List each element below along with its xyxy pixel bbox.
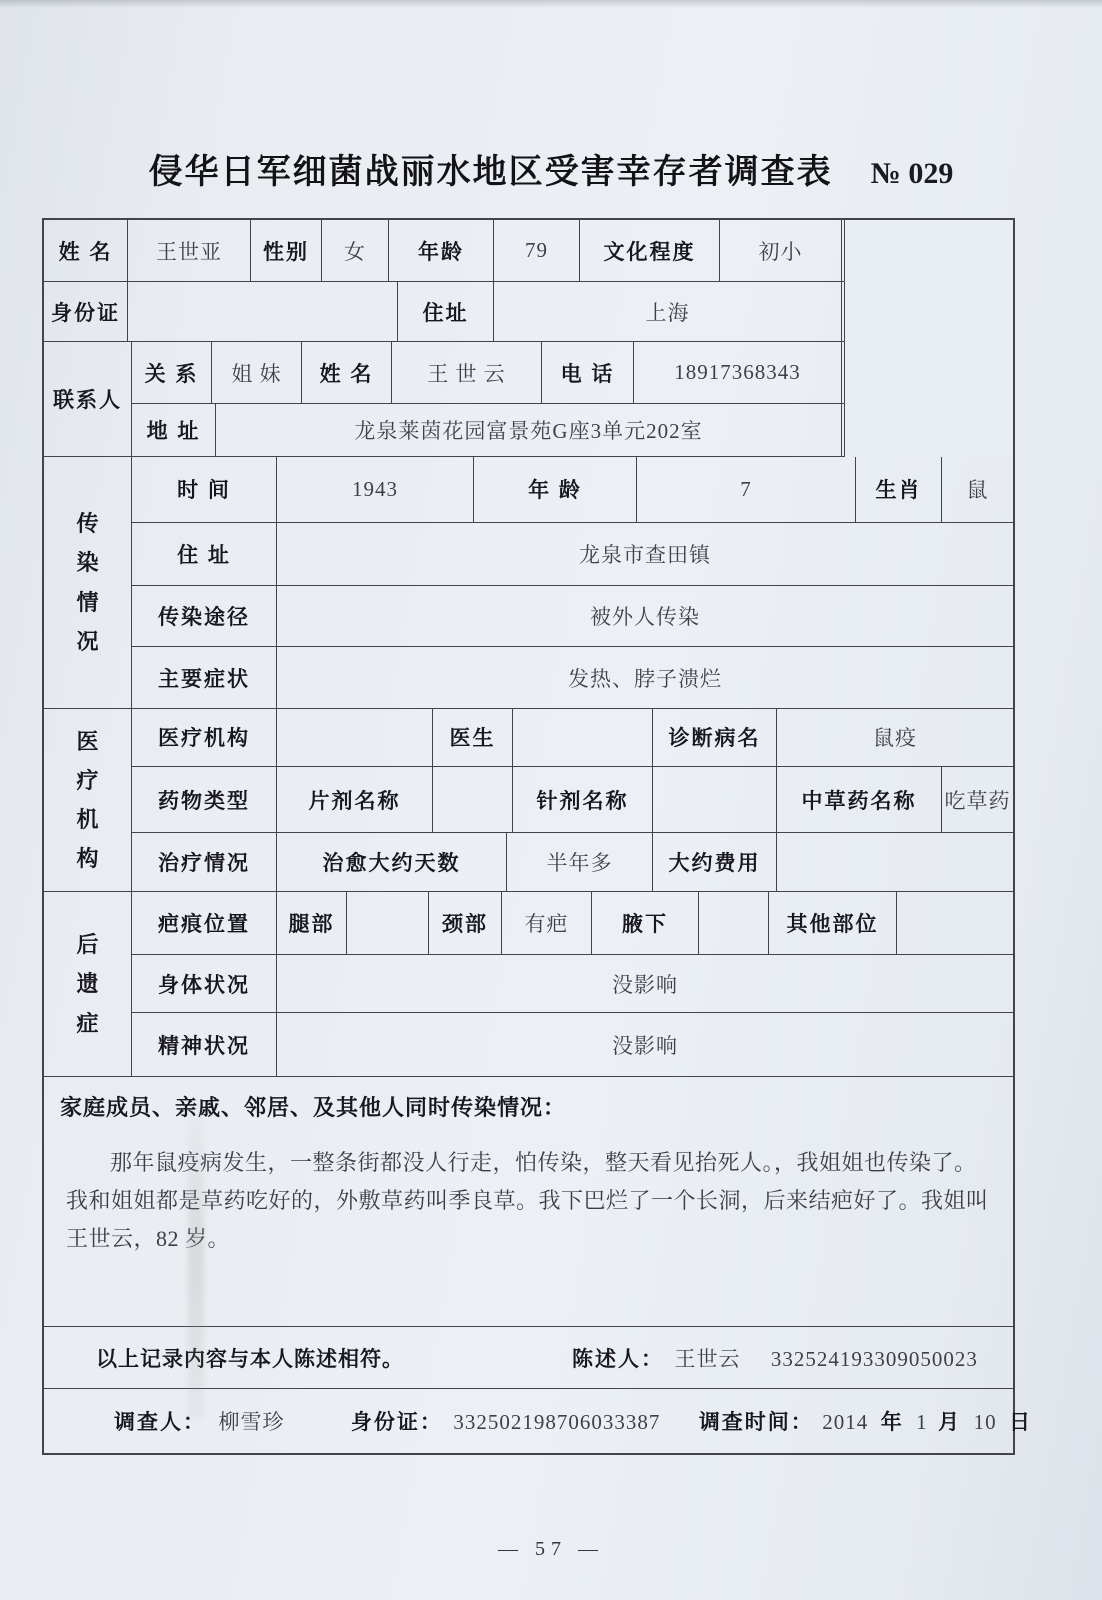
medical-section-label: 医疗机构: [44, 709, 132, 891]
infection-age-value: 7: [637, 457, 856, 522]
relation-value: 姐 妹: [212, 342, 302, 403]
age-value: 79: [494, 220, 580, 281]
declarant-id: 332524193309050023: [771, 1347, 978, 1371]
mind-condition-value: 没影响: [277, 1013, 1013, 1076]
infection-time-value: 1943: [277, 457, 474, 522]
photo-box: [844, 220, 1013, 457]
tablet-label: 片剂名称: [277, 767, 433, 833]
row-medical-institution: 医疗机构 医生 诊断病名 鼠疫: [132, 709, 1013, 767]
survey-date-day-char: 日: [1009, 1411, 1032, 1434]
declarant-name: 王世云: [674, 1347, 740, 1371]
institution-value: [277, 709, 433, 766]
page-number: — 57 —: [0, 1538, 1102, 1561]
infection-section: 传染情况 时 间 1943 年 龄 7 生肖 鼠 住 址 龙泉市查田镇 传染途径: [44, 457, 1013, 709]
infection-address-value: 龙泉市查田镇: [277, 523, 1013, 586]
infection-section-label: 传染情况: [44, 457, 132, 708]
medical-section: 医疗机构 医疗机构 医生 诊断病名 鼠疫 药物类型 片剂名称 针剂名称: [44, 709, 1013, 892]
declarant-group: 陈述人： 王世云 332524193309050023: [572, 1343, 978, 1373]
aftermath-section-label: 后遗症: [44, 892, 132, 1076]
aftermath-section: 后遗症 疤痕位置 腿部 颈部 有疤 腋下 其他部位 身体状况 没影响: [44, 892, 1013, 1077]
survey-date-month: 1: [916, 1410, 928, 1434]
infection-route-label: 传染途径: [132, 586, 277, 646]
survey-date-month-char: 月: [938, 1411, 961, 1434]
investigator-group: 调查人： 柳雪珍 身份证： 332502198706033387 调查时间： 2…: [114, 1406, 1032, 1436]
name-value: 王世亚: [128, 220, 251, 281]
row-infection-symptoms: 主要症状 发热、脖子溃烂: [132, 647, 1013, 708]
diagnosis-label: 诊断病名: [653, 709, 777, 766]
survey-date-year: 2014: [822, 1410, 868, 1434]
contact-address-value: 龙泉莱茵花园富景苑G座3单元202室: [216, 404, 842, 456]
armpit-value: [699, 892, 769, 954]
declarant-label: 陈述人：: [572, 1348, 664, 1371]
other-part-label: 其他部位: [769, 892, 897, 954]
investigator-name: 柳雪珍: [218, 1410, 284, 1434]
infection-age-label: 年 龄: [474, 457, 637, 522]
zodiac-value: 鼠: [942, 457, 1013, 522]
phone-value: 18917368343: [634, 342, 842, 403]
survey-date-day: 10: [974, 1410, 997, 1434]
diagnosis-value: 鼠疫: [777, 709, 1013, 766]
infection-time-label: 时 间: [132, 457, 277, 522]
gender-label: 性别: [251, 220, 322, 281]
tablet-value: [433, 767, 513, 833]
row-body-condition: 身体状况 没影响: [132, 955, 1013, 1014]
neck-label: 颈部: [429, 892, 502, 954]
survey-date-label: 调查时间：: [699, 1411, 814, 1434]
herb-label: 中草药名称: [777, 767, 942, 833]
cost-label: 大约费用: [653, 833, 777, 891]
body-condition-label: 身体状况: [132, 955, 277, 1013]
row-medical-medicine: 药物类型 片剂名称 针剂名称 中草药名称 吃草药: [132, 767, 1013, 834]
zodiac-label: 生肖: [856, 457, 942, 522]
form-title-row: 侵华日军细菌战丽水地区受害幸存者调查表№ 029: [0, 144, 1102, 193]
education-label: 文化程度: [580, 220, 720, 281]
row-scar-position: 疤痕位置 腿部 颈部 有疤 腋下 其他部位: [132, 892, 1013, 955]
infection-address-label: 住 址: [132, 523, 277, 586]
row-infection-address: 住 址 龙泉市查田镇: [132, 523, 1013, 587]
infection-route-value: 被外人传染: [277, 586, 1013, 646]
row-mind-condition: 精神状况 没影响: [132, 1013, 1013, 1076]
institution-label: 医疗机构: [132, 709, 277, 766]
row-medical-treatment: 治疗情况 治愈大约天数 半年多 大约费用: [132, 833, 1013, 891]
symptoms-value: 发热、脖子溃烂: [277, 647, 1013, 708]
age-label: 年龄: [389, 220, 494, 281]
injection-label: 针剂名称: [513, 767, 653, 833]
scar-label: 疤痕位置: [132, 892, 277, 954]
neck-value: 有疤: [502, 892, 592, 954]
leg-value: [347, 892, 429, 954]
scan-smudge: [188, 1090, 204, 1420]
id-label: 身份证: [44, 282, 128, 341]
cost-value: [777, 833, 1013, 891]
investigator-id: 332502198706033387: [453, 1410, 660, 1434]
page-title: 侵华日军细菌战丽水地区受害幸存者调查表: [149, 153, 833, 191]
family-block-paragraph: 那年鼠疫病发生，一整条街都没人行走，怕传染，整天看见抬死人。，我姐姐也传染了。我…: [66, 1144, 991, 1257]
body-condition-value: 没影响: [277, 955, 1013, 1013]
form-number: № 029: [871, 157, 954, 190]
contact-name-value: 王 世 云: [392, 342, 542, 403]
contact-name-label: 姓 名: [302, 342, 392, 403]
relation-label: 关 系: [132, 342, 212, 403]
education-value: 初小: [720, 220, 842, 281]
contact-section-label: 联系人: [44, 342, 132, 456]
row-infection-route: 传染途径 被外人传染: [132, 586, 1013, 647]
address-value: 上海: [494, 282, 842, 341]
doctor-value: [513, 709, 653, 766]
gender-value: 女: [322, 220, 389, 281]
cure-days-label: 治愈大约天数: [277, 833, 507, 891]
herb-value: 吃草药: [942, 767, 1013, 833]
doctor-label: 医生: [433, 709, 513, 766]
confirmation-statement: 以上记录内容与本人陈述相符。: [96, 1343, 404, 1373]
survey-date-year-char: 年: [881, 1411, 904, 1434]
leg-label: 腿部: [277, 892, 347, 954]
address-label: 住址: [398, 282, 494, 341]
other-part-value: [897, 892, 1013, 954]
treatment-label: 治疗情况: [132, 833, 277, 891]
armpit-label: 腋下: [592, 892, 699, 954]
name-label: 姓 名: [44, 220, 128, 281]
id-value: [128, 282, 398, 341]
symptoms-label: 主要症状: [132, 647, 277, 708]
cure-days-value: 半年多: [507, 833, 653, 891]
contact-address-label: 地 址: [132, 404, 216, 456]
scanned-survey-form: 侵华日军细菌战丽水地区受害幸存者调查表№ 029 姓 名 王世亚 性别 女 年龄…: [0, 0, 1102, 1600]
investigator-id-label: 身份证：: [351, 1411, 443, 1434]
phone-label: 电 话: [542, 342, 634, 403]
mind-condition-label: 精神状况: [132, 1013, 277, 1076]
injection-value: [653, 767, 777, 833]
row-infection-time: 时 间 1943 年 龄 7 生肖 鼠: [132, 457, 1013, 523]
medicine-type-label: 药物类型: [132, 767, 277, 833]
